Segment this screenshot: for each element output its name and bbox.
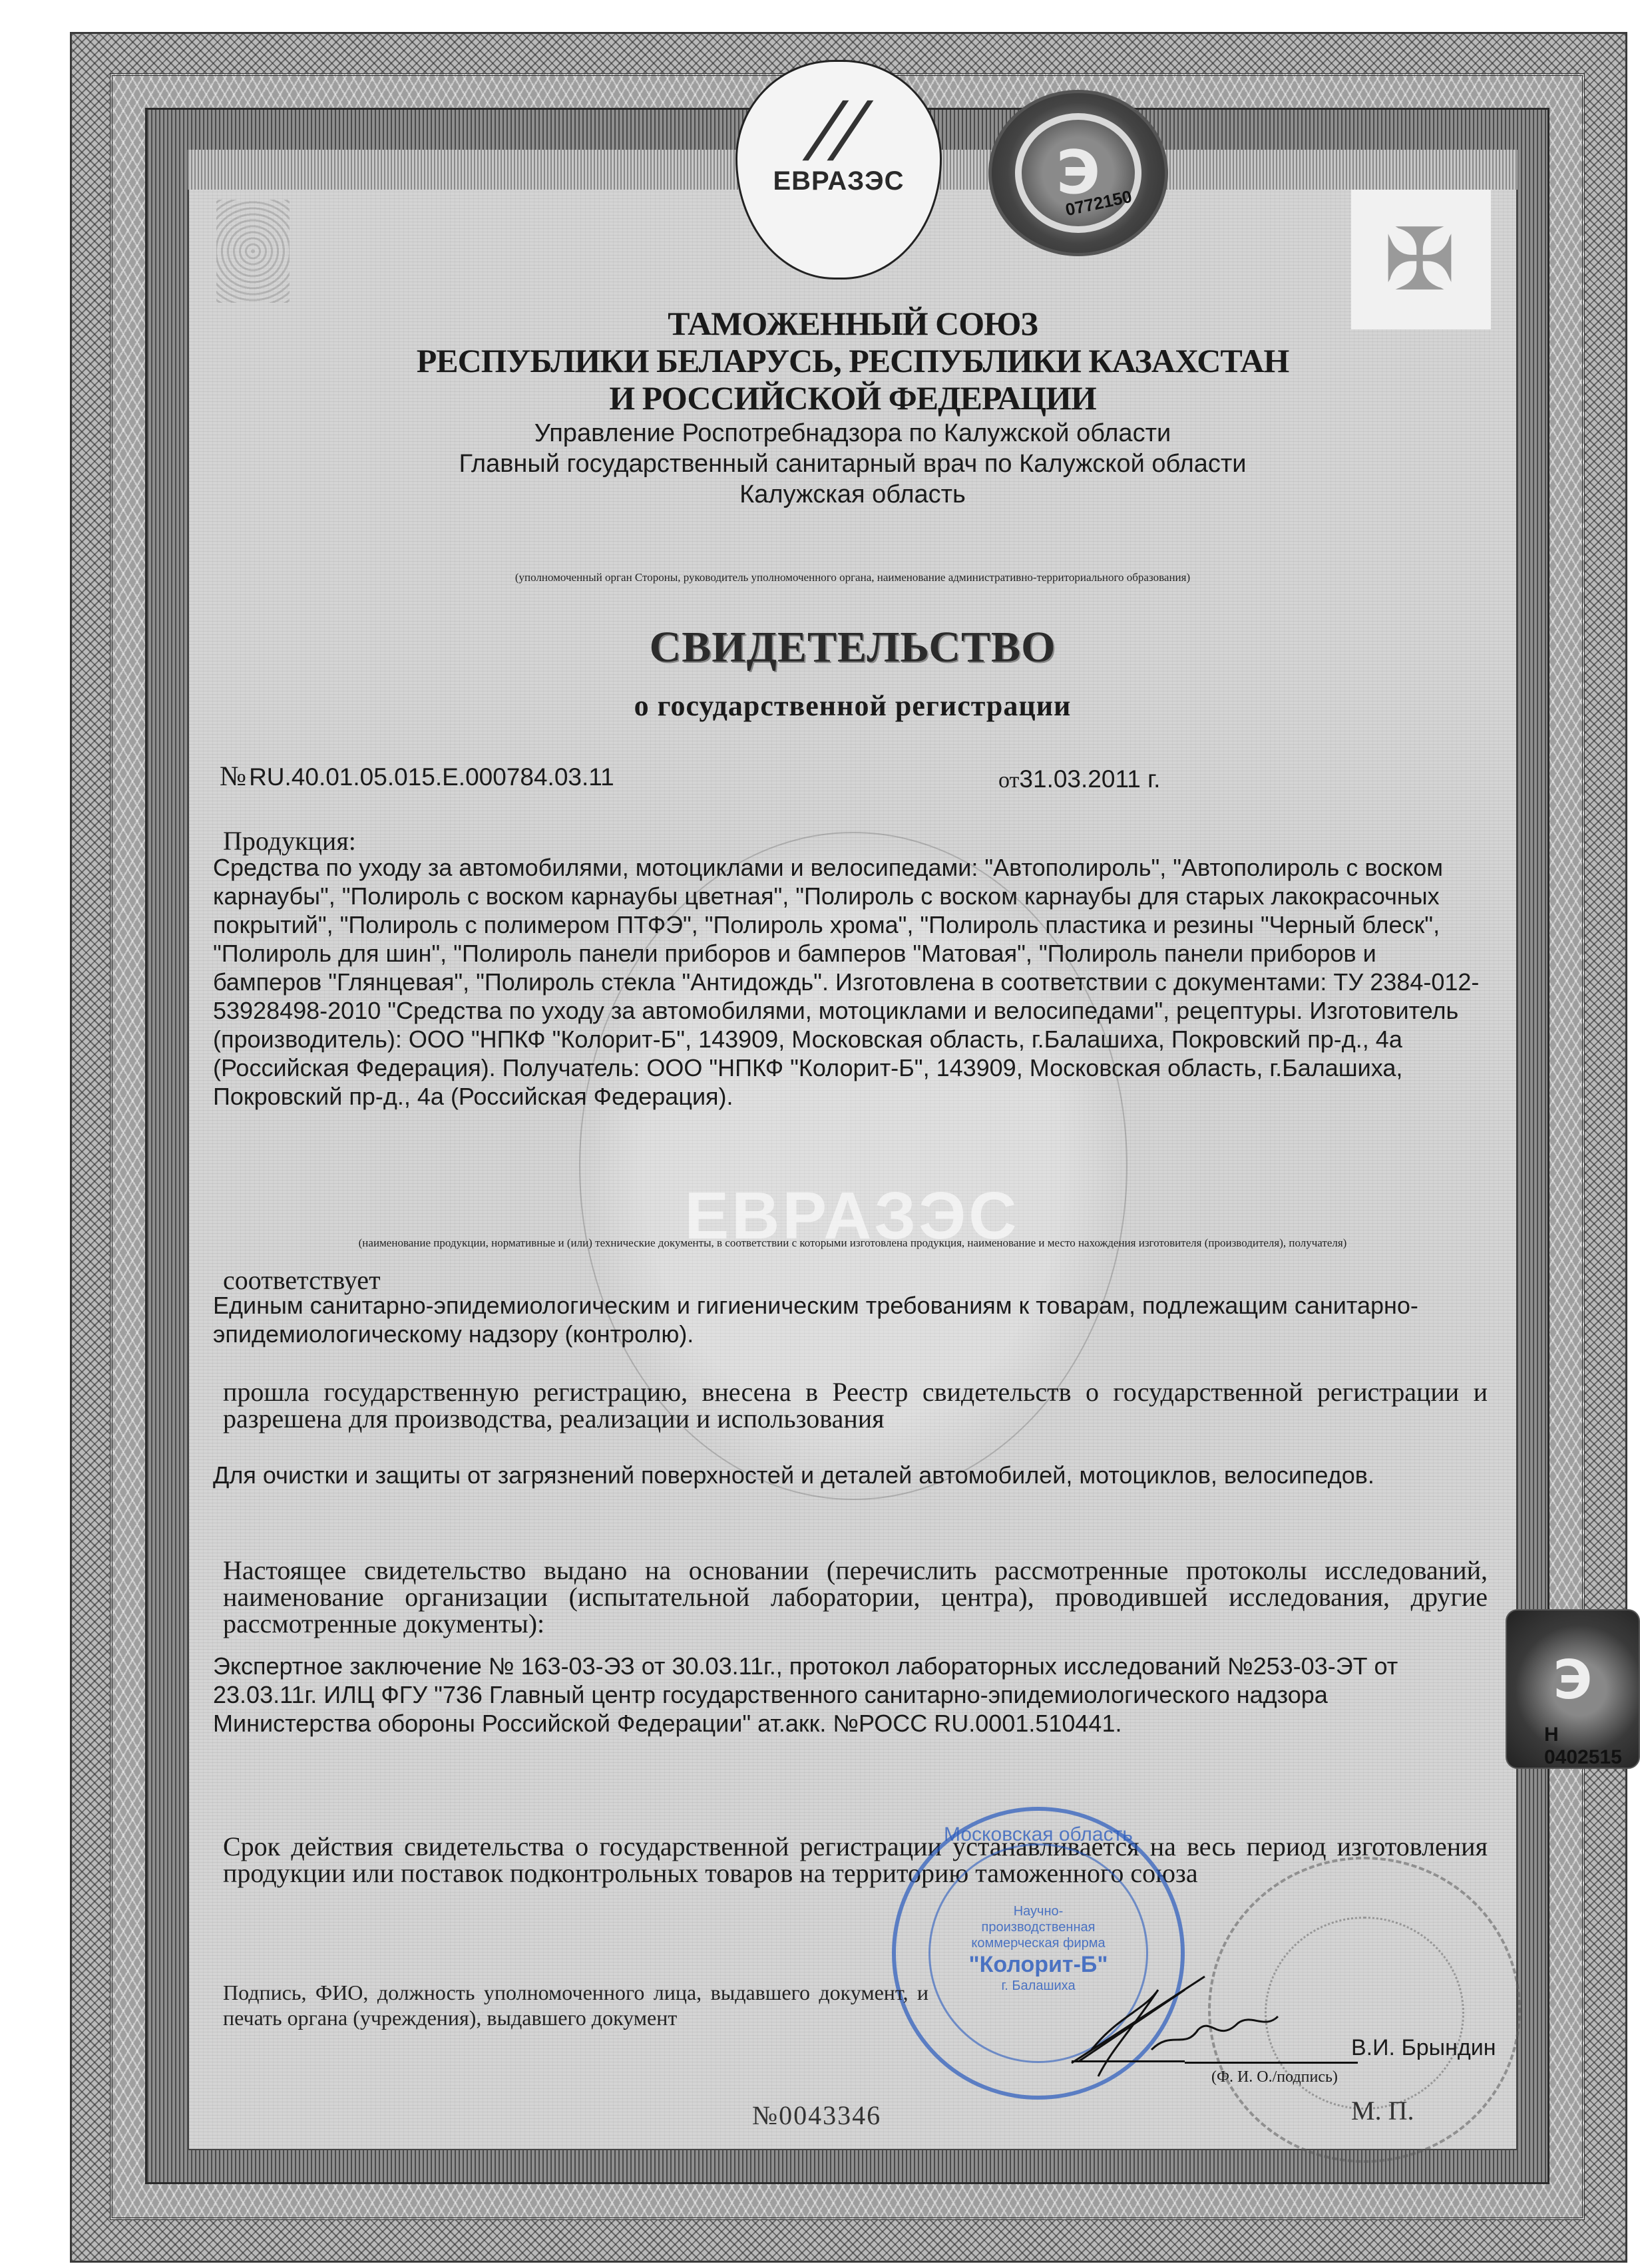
signature-label: Подпись, ФИО, должность уполномоченного … (223, 1980, 928, 2030)
union-title-line-3: И РОССИЙСКОЙ ФЕДЕРАЦИИ (188, 379, 1518, 417)
seal-line-3: коммерческая фирма (928, 1935, 1148, 1951)
document-title: СВИДЕТЕЛЬСТВО (188, 622, 1518, 673)
signer-name: В.И. Брындин (1351, 2035, 1496, 2061)
signature-line (1072, 2060, 1185, 2062)
seal-line-2: производственная (928, 1919, 1148, 1935)
seal-placeholder-mark: М. П. (1351, 2095, 1414, 2126)
seal-line-1: Научно- (928, 1903, 1148, 1919)
conformity-text: Единым санитарно-эпидемиологическим и ги… (213, 1291, 1491, 1348)
registration-number: № RU.40.01.05.015.Е.000784.03.11 (220, 761, 614, 793)
basis-text: Экспертное заключение № 163-03-ЭЗ от 30.… (213, 1652, 1491, 1738)
conformity-mark-icon: Э (1506, 1624, 1640, 1737)
authority-caption: (уполномоченный орган Стороны, руководит… (188, 571, 1518, 584)
registration-statement: прошла государственную регистрацию, внес… (223, 1379, 1488, 1432)
number-sign: № (220, 761, 246, 792)
product-caption: (наименование продукции, нормативные и (… (188, 1236, 1518, 1250)
russian-coat-of-arms-icon: ✠ (1370, 203, 1470, 316)
company-seal-ring-text: Московская область (905, 1823, 1171, 1846)
union-title-line-2: РЕСПУБЛИКИ БЕЛАРУСЬ, РЕСПУБЛИКИ КАЗАХСТА… (188, 342, 1518, 379)
authority-line-2: Главный государственный санитарный врач … (188, 449, 1518, 479)
date-prefix: от (998, 768, 1019, 793)
registration-date-value: 31.03.2011 г. (1019, 765, 1160, 793)
authority-line-1: Управление Роспотребнадзора по Калужской… (188, 418, 1518, 449)
authority-line-3: Калужская область (188, 479, 1518, 510)
signature-caption: (Ф. И. О./подпись) (1211, 2068, 1338, 2086)
basis-label: Настоящее свидетельство выдано на основа… (223, 1557, 1488, 1637)
eurasec-emblem-label: ЕВРАЗЭС (735, 166, 942, 196)
decorative-pattern-block (216, 200, 290, 303)
signature-line-continued (1185, 2062, 1358, 2064)
union-title-line-1: ТАМОЖЕННЫЙ СОЮЗ (188, 305, 1518, 342)
registration-date: от31.03.2011 г. (998, 765, 1160, 793)
product-label: Продукция: (223, 825, 356, 856)
usage-text: Для очистки и защиты от загрязнений пове… (213, 1461, 1491, 1489)
hologram-side-serial: H 0402515 (1544, 1724, 1640, 1769)
registration-number-value: RU.40.01.05.015.Е.000784.03.11 (249, 763, 614, 791)
form-serial-number: №0043346 (752, 2100, 881, 2131)
document-subtitle: о государственной регистрации (188, 689, 1518, 723)
product-description: Средства по уходу за автомобилями, мотоц… (213, 853, 1491, 1111)
